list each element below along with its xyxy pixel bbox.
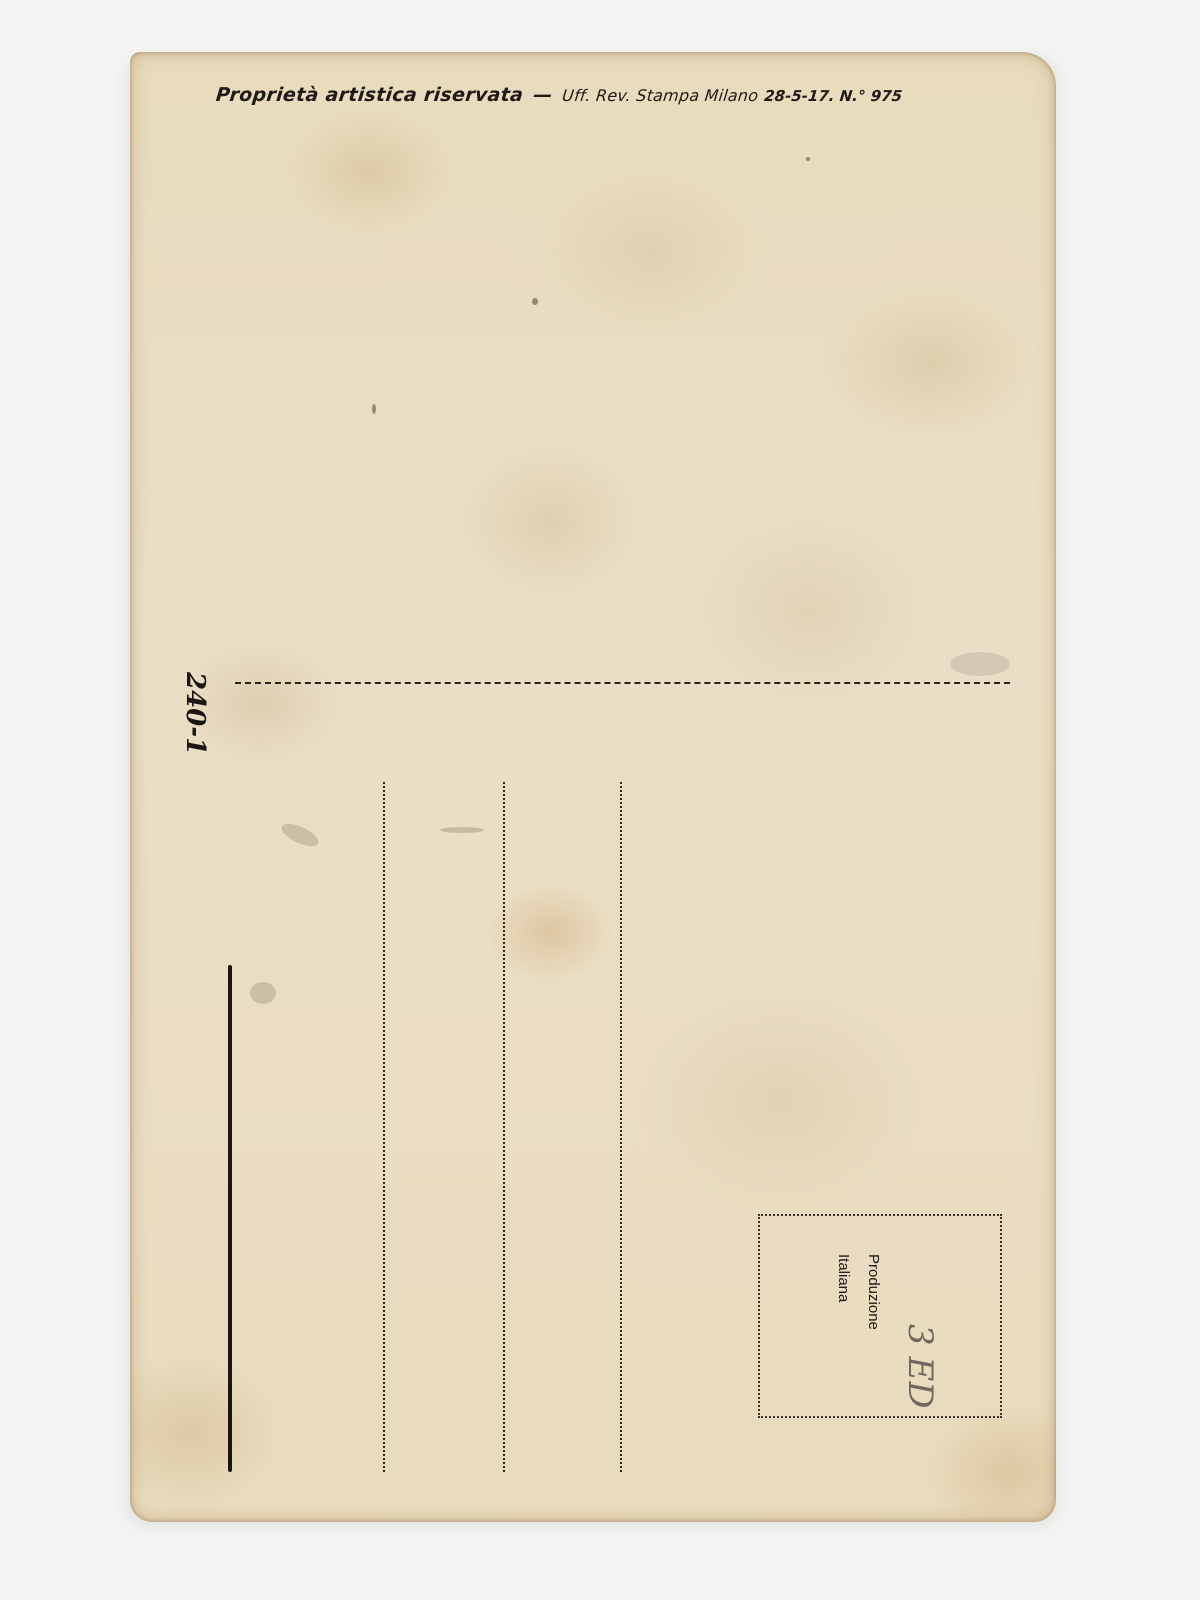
censor-office: Uff. Rev. Stampa Milano bbox=[561, 86, 759, 105]
date-number: 28-5-17. N.° 975 bbox=[763, 87, 903, 105]
horizontal-divider bbox=[235, 682, 1010, 684]
header-notice: Proprietà artistica riservata—Uff. Rev. … bbox=[215, 84, 1037, 106]
left-vertical-bar bbox=[228, 965, 232, 1472]
ink-smudge bbox=[250, 982, 276, 1004]
serial-number: 240-1 bbox=[180, 672, 210, 772]
ink-smudge bbox=[278, 819, 321, 850]
stamp-box: Produzione Italiana bbox=[758, 1214, 1002, 1418]
ink-spot bbox=[806, 157, 810, 161]
handwritten-note: 3 ED bbox=[900, 1324, 940, 1409]
ink-smudge bbox=[440, 827, 484, 833]
ink-spot bbox=[532, 298, 538, 305]
ink-spot bbox=[372, 404, 376, 414]
postcard-back: Proprietà artistica riservata—Uff. Rev. … bbox=[130, 52, 1056, 1522]
stamp-box-text: Produzione Italiana bbox=[828, 1254, 888, 1330]
ink-smudge bbox=[950, 652, 1010, 676]
stamp-line-1: Produzione bbox=[858, 1254, 888, 1330]
stamp-line-2: Italiana bbox=[828, 1254, 858, 1330]
address-line-1 bbox=[383, 782, 385, 1472]
address-line-3 bbox=[620, 782, 622, 1472]
rights-notice: Proprietà artistica riservata bbox=[215, 84, 525, 106]
address-line-2 bbox=[503, 782, 505, 1472]
header-separator: — bbox=[532, 84, 553, 106]
